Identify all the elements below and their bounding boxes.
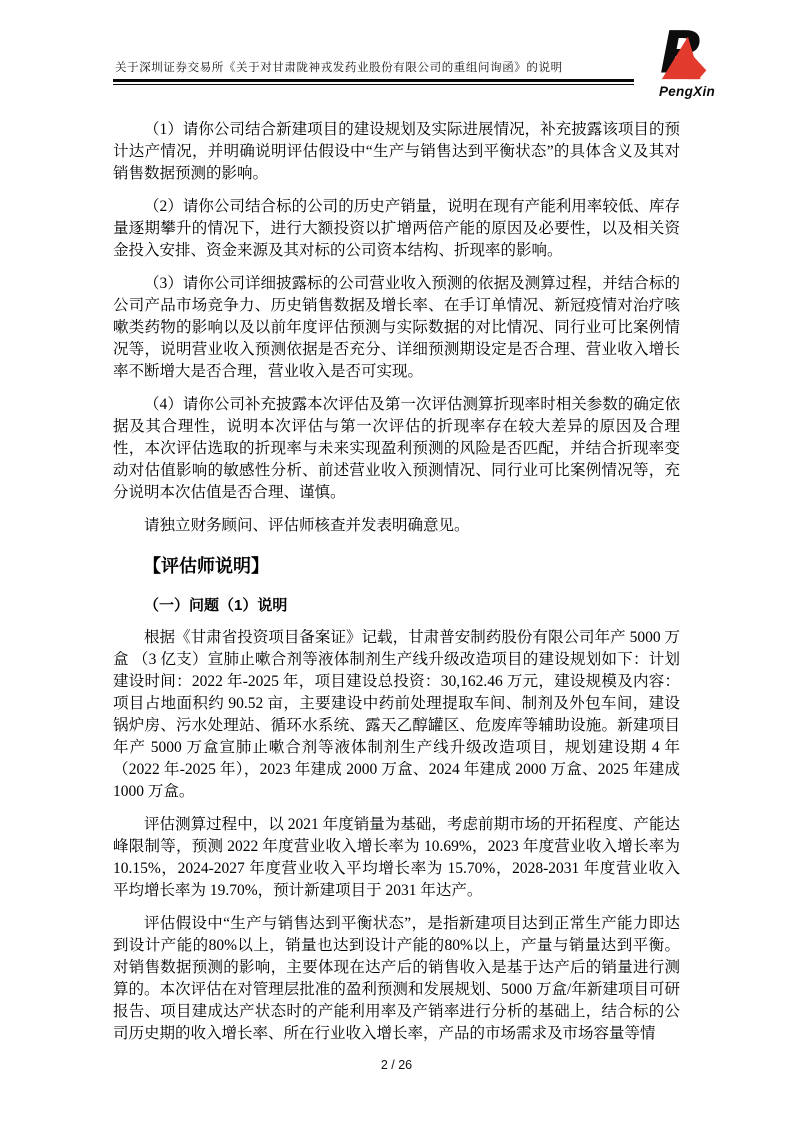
inquiry-question-2: （2）请你公司结合标的公司的历史产销量，说明在现有产能利用率较低、库存量逐期攀升…: [113, 196, 680, 262]
assessor-statement-heading: 【评估师说明】: [113, 554, 680, 578]
logo-wordmark: PengXin: [641, 84, 733, 100]
document-body: （1）请你公司结合新建项目的建设规划及实际进展情况，补充披露该项目的预计达产情况…: [113, 119, 680, 1056]
paragraph-balance-assumption: 评估假设中“生产与销售达到平衡状态”，是指新建项目达到正常生产能力即达到设计产能…: [113, 913, 680, 1045]
page-footer: 2 / 26: [0, 1058, 793, 1072]
company-logo: R PengXin: [641, 24, 733, 99]
inquiry-question-1: （1）请你公司结合新建项目的建设规划及实际进展情况，补充披露该项目的预计达产情况…: [113, 119, 680, 185]
page-number: 2 / 26: [381, 1058, 412, 1072]
problem-1-subheading: （一）问题（1）说明: [113, 595, 680, 617]
inquiry-question-3: （3）请你公司详细披露标的公司营业收入预测的依据及测算过程，并结合标的公司产品市…: [113, 273, 680, 383]
inquiry-question-4: （4）请你公司补充披露本次评估及第一次评估测算折现率时相关参数的确定依据及其合理…: [113, 394, 680, 504]
header-rule-thick: [113, 79, 634, 82]
document-page: 关于深圳证券交易所《关于对甘肃陇神戎发药业股份有限公司的重组问询函》的说明 R …: [0, 0, 793, 1122]
header-rule-thin: [113, 84, 634, 85]
paragraph-project-plan: 根据《甘肃省投资项目备案证》记载，甘肃普安制药股份有限公司年产 5000 万盒 …: [113, 627, 680, 803]
verification-request: 请独立财务顾问、评估师核查并发表明确意见。: [113, 515, 680, 537]
logo-r-icon: R: [655, 24, 719, 82]
paragraph-growth-forecast: 评估测算过程中，以 2021 年度销量为基础，考虑前期市场的开拓程度、产能达峰限…: [113, 814, 680, 902]
header-title: 关于深圳证券交易所《关于对甘肃陇神戎发药业股份有限公司的重组问询函》的说明: [115, 59, 635, 75]
